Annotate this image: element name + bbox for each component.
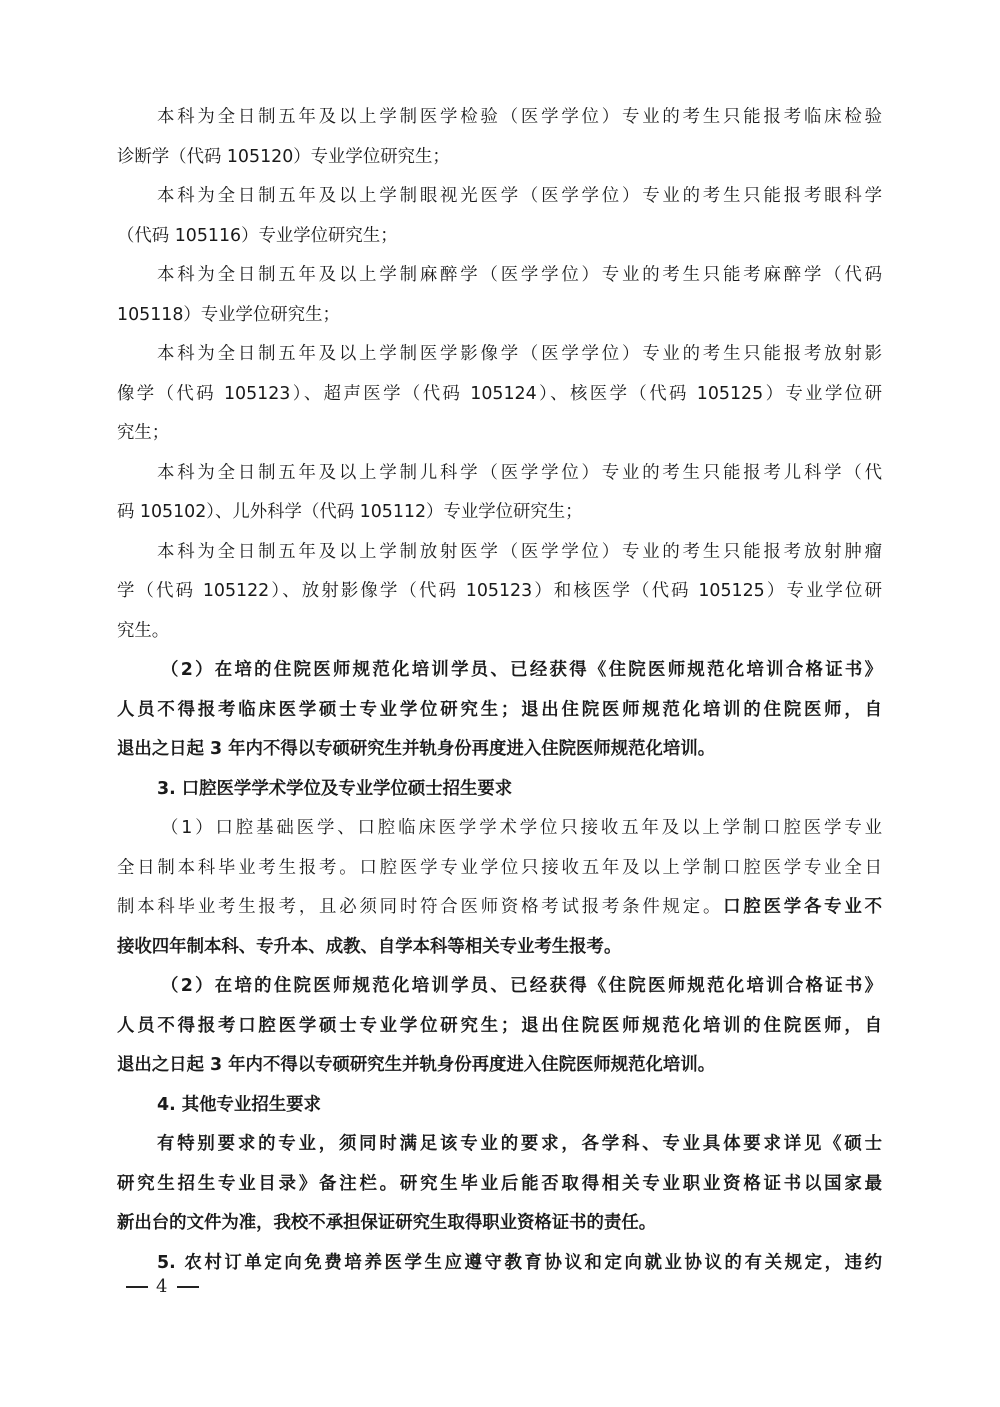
text-line: 学（代码 105122）、放射影像学（代码 105123）和核医学（代码 105… bbox=[117, 572, 882, 612]
bold-text-line: （2）在培的住院医师规范化培训学员、已经获得《住院医师规范化培训合格证书》 bbox=[117, 967, 882, 1007]
bold-text-line: 有特别要求的专业，须同时满足该专业的要求，各学科、专业具体要求详见《硕士 bbox=[117, 1125, 882, 1165]
bold-text-line: 新出台的文件为准，我校不承担保证研究生取得职业资格证书的责任。 bbox=[117, 1204, 882, 1244]
text-line: 105118）专业学位研究生； bbox=[117, 296, 882, 336]
text-line: 本科为全日制五年及以上学制儿科学（医学学位）专业的考生只能报考儿科学（代 bbox=[117, 454, 882, 494]
text-line: 码 105102）、儿外科学（代码 105112）专业学位研究生； bbox=[117, 493, 882, 533]
text-line: 本科为全日制五年及以上学制麻醉学（医学学位）专业的考生只能考麻醉学（代码 bbox=[117, 256, 882, 296]
bold-text-line: 退出之日起 3 年内不得以专硕研究生并轨身份再度进入住院医师规范化培训。 bbox=[117, 1046, 882, 1086]
text-line: 本科为全日制五年及以上学制医学检验（医学学位）专业的考生只能报考临床检验 bbox=[117, 98, 882, 138]
dash-decoration bbox=[126, 1286, 148, 1288]
text-line: 本科为全日制五年及以上学制眼视光医学（医学学位）专业的考生只能报考眼科学 bbox=[117, 177, 882, 217]
bold-text-segment: 口腔医学各专业不 bbox=[723, 897, 882, 917]
text-line: 全日制本科毕业考生报考。口腔医学专业学位只接收五年及以上学制口腔医学专业全日 bbox=[117, 849, 882, 889]
text-segment: 制本科毕业考生报考，且必须同时符合医师资格考试报考条件规定。 bbox=[117, 897, 723, 917]
text-line: 究生。 bbox=[117, 612, 882, 652]
section-heading: 4. 其他专业招生要求 bbox=[117, 1086, 882, 1126]
bold-text-segment: 研究生招生专业目录》备注栏。 bbox=[117, 1174, 400, 1194]
page-number: 4 bbox=[156, 1276, 169, 1297]
bold-text-line: 5. 农村订单定向免费培养医学生应遵守教育协议和定向就业协议的有关规定，违约 bbox=[117, 1244, 882, 1284]
text-line: 制本科毕业考生报考，且必须同时符合医师资格考试报考条件规定。口腔医学各专业不 bbox=[117, 888, 882, 928]
bold-text-segment: 研究生毕业后能否取得相关专业职业资格证书以国家最 bbox=[400, 1174, 882, 1194]
text-line: 诊断学（代码 105120）专业学位研究生； bbox=[117, 138, 882, 178]
text-line: 究生； bbox=[117, 414, 882, 454]
document-page: 本科为全日制五年及以上学制医学检验（医学学位）专业的考生只能报考临床检验 诊断学… bbox=[117, 98, 882, 1283]
text-line: 本科为全日制五年及以上学制放射医学（医学学位）专业的考生只能报考放射肿瘤 bbox=[117, 533, 882, 573]
text-line: 研究生招生专业目录》备注栏。研究生毕业后能否取得相关专业职业资格证书以国家最 bbox=[117, 1165, 882, 1205]
text-line: （代码 105116）专业学位研究生； bbox=[117, 217, 882, 257]
dash-decoration bbox=[177, 1286, 199, 1288]
text-line: 像学（代码 105123）、超声医学（代码 105124）、核医学（代码 105… bbox=[117, 375, 882, 415]
bold-text-line: （2）在培的住院医师规范化培训学员、已经获得《住院医师规范化培训合格证书》 bbox=[117, 651, 882, 691]
page-footer: 4 bbox=[118, 1276, 207, 1297]
bold-text-line: 退出之日起 3 年内不得以专硕研究生并轨身份再度进入住院医师规范化培训。 bbox=[117, 730, 882, 770]
text-line: （1）口腔基础医学、口腔临床医学学术学位只接收五年及以上学制口腔医学专业 bbox=[117, 809, 882, 849]
bold-text-line: 人员不得报考临床医学硕士专业学位研究生；退出住院医师规范化培训的住院医师，自 bbox=[117, 691, 882, 731]
text-line: 本科为全日制五年及以上学制医学影像学（医学学位）专业的考生只能报考放射影 bbox=[117, 335, 882, 375]
bold-text-line: 接收四年制本科、专升本、成教、自学本科等相关专业考生报考。 bbox=[117, 928, 882, 968]
bold-text-line: 人员不得报考口腔医学硕士专业学位研究生；退出住院医师规范化培训的住院医师，自 bbox=[117, 1007, 882, 1047]
section-heading: 3. 口腔医学学术学位及专业学位硕士招生要求 bbox=[117, 770, 882, 810]
